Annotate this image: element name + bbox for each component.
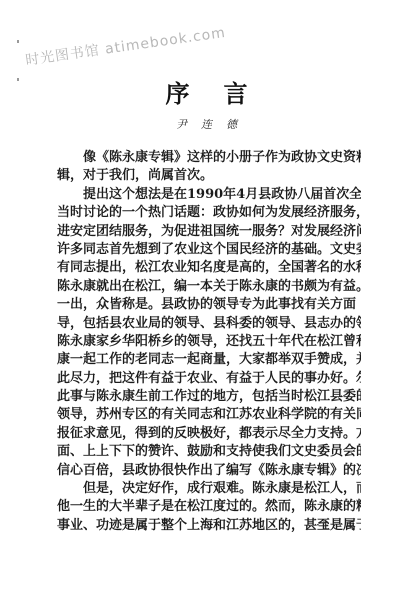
text-line: 提出这个想法是在1990年4月县政协八届首次全会之后。 bbox=[57, 186, 361, 204]
scan-speck bbox=[17, 40, 19, 43]
text-line: 一出，众皆称是。县政协的领导专为此事找有关方面 的 领 bbox=[57, 296, 361, 314]
text-line: 进安定团结服务，为促进祖国统一服务？对发展经济问题， bbox=[57, 223, 361, 241]
text-line: 领导，苏州专区的有关同志和江苏农业科学院的有关同志通 bbox=[57, 406, 361, 424]
text-line: 信心百倍，县政协很快作出了编写《陈永康专辑》的决定。 bbox=[57, 462, 361, 480]
page-number: ·1· bbox=[316, 518, 337, 532]
text-line: 面、上上下下的赞许、鼓励和支持使我们文史委员会的同志 bbox=[57, 443, 361, 461]
page-title: 序言 bbox=[0, 74, 413, 109]
text-line: 陈永康就出在松江，编一本关于陈永康的书颇为有益。此议 bbox=[57, 278, 361, 296]
body-text: 像《陈永康专辑》这样的小册子作为政协文史资料来编 辑，对于我们，尚属首次。 提出… bbox=[57, 149, 361, 535]
text-line: 有同志提出，松江农业知名度是高的，全国著名的水稻专家 bbox=[57, 259, 361, 277]
author-name: 尹连德 bbox=[0, 116, 413, 132]
text-line: 像《陈永康专辑》这样的小册子作为政协文史资料来编 bbox=[57, 149, 361, 167]
text-line: 辑，对于我们，尚属首次。 bbox=[57, 167, 361, 185]
watermark: 时光图书馆 atimebook.com bbox=[24, 22, 227, 70]
text-line: 此尽力，把这件有益于农业、有益于人民的事办好。尔后又将 bbox=[57, 370, 361, 388]
text-line: 导，包括县农业局的领导、县科委的领导、县志办的领导和 bbox=[57, 315, 361, 333]
text-line: 但是，决定好作，成行艰难。陈永康是松江人，而且， bbox=[57, 480, 361, 498]
text-line: 许多同志首先想到了农业这个国民经济的基础。文史委员会 bbox=[57, 241, 361, 259]
text-line: 陈永康家乡华阳桥乡的领导，还找五十年代在松江曾和陈永 bbox=[57, 333, 361, 351]
text-line: 当时讨论的一个热门话题：政协如何为发展经济服务，为促 bbox=[57, 204, 361, 222]
text-line: 康一起工作的老同志一起商量，大家都举双手赞成，并愿为 bbox=[57, 351, 361, 369]
text-line: 此事与陈永康生前工作过的地方，包括当时松江县委的主要 bbox=[57, 388, 361, 406]
text-line: 报征求意见，得到的反映极好，都表示尽全力支持。方方面 bbox=[57, 425, 361, 443]
text-line: 他一生的大半辈子是在松江度过的。然而，陈永康的精神、 bbox=[57, 498, 361, 516]
